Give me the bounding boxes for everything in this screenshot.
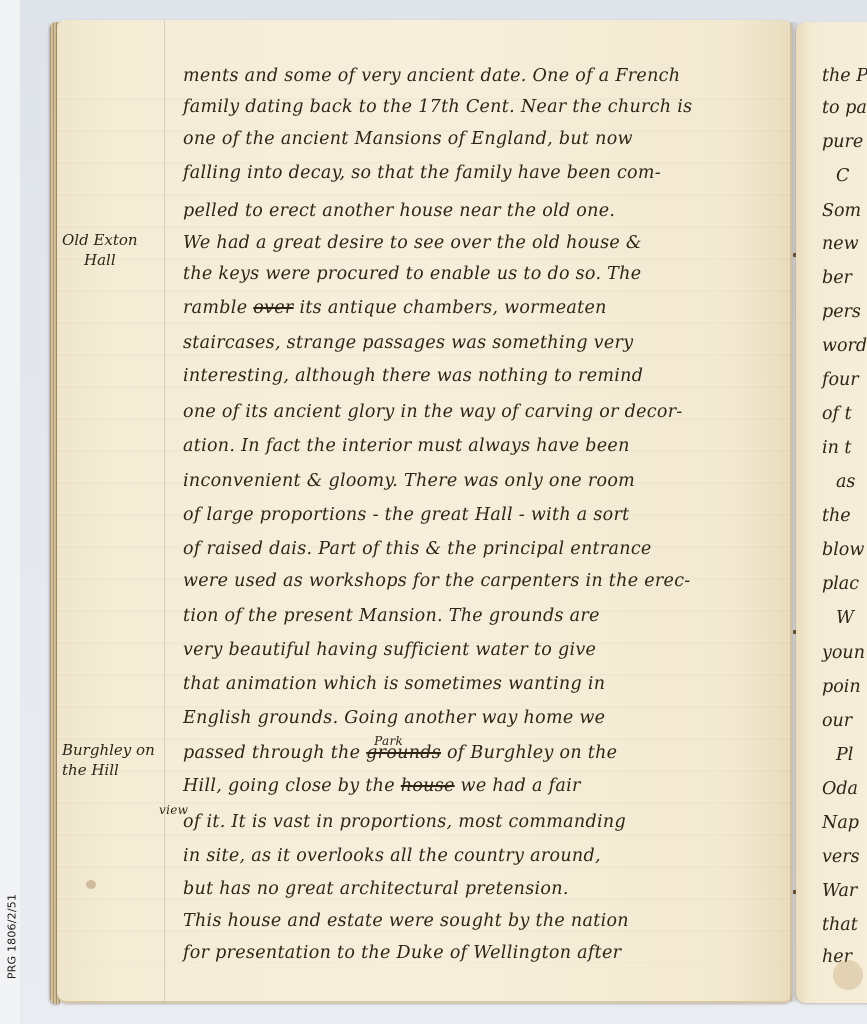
inserted-word: view [159, 798, 188, 822]
text-line: in site, as it overlooks all the country… [183, 844, 783, 868]
text-line: staircases, strange passages was somethi… [183, 331, 783, 355]
archive-reference: PRG 1806/2/51 [6, 887, 19, 987]
text-line: family dating back to the 17th Cent. Nea… [183, 95, 783, 119]
text-line: This house and estate were sought by the… [183, 909, 783, 933]
margin-note-line: the Hill [62, 760, 162, 780]
inserted-word: Park [374, 729, 403, 753]
text-line-fragment: plac [822, 572, 859, 596]
text-line: falling into decay, so that the family h… [183, 161, 783, 185]
text-line: that animation which is sometimes wantin… [183, 672, 783, 696]
margin-note-line: Old Exton [62, 230, 162, 250]
text-line: We had a great desire to see over the ol… [183, 231, 783, 255]
struck-word: over [253, 298, 293, 318]
text-line-fragment: word [822, 334, 867, 358]
text-line-fragment: new [822, 232, 859, 256]
text-line-fragment: Nap [822, 811, 859, 835]
text-line: inconvenient & gloomy. There was only on… [183, 469, 783, 493]
text-line-fragment: that [822, 913, 858, 937]
text-line-fragment: to pa [822, 96, 867, 120]
text-line-fragment: pure [822, 130, 863, 154]
text-line: of raised dais. Part of this & the princ… [183, 537, 783, 561]
text-line: were used as workshops for the carpenter… [183, 569, 783, 593]
text-line-fragment: War [822, 879, 857, 903]
text-line-fragment: Som [822, 199, 861, 223]
text-line-fragment: as [836, 470, 855, 494]
text-line-fragment: our [822, 709, 852, 733]
margin-note-line: Burghley on [62, 740, 162, 760]
text-line: one of the ancient Mansions of England, … [183, 127, 783, 151]
text-line: but has no great architectural pretensio… [183, 877, 783, 901]
margin-note: Old ExtonHall [62, 230, 162, 270]
text-line-fragment: the [822, 504, 851, 528]
text-line: interesting, although there was nothing … [183, 364, 783, 388]
text-line-fragment: pers [822, 300, 861, 324]
text-line: ation. In fact the interior must always … [183, 434, 783, 458]
text-line: the keys were procured to enable us to d… [183, 262, 783, 286]
text-line: pelled to erect another house near the o… [183, 199, 783, 223]
text-line: very beautiful having sufficient water t… [183, 638, 783, 662]
text-line: passed through the groundsPark of Burghl… [183, 741, 783, 765]
text-line-fragment: Oda [822, 777, 858, 801]
margin-note-line: Hall [62, 250, 162, 270]
struck-word: house [401, 776, 455, 796]
ink-stain [86, 880, 96, 889]
text-line: English grounds. Going another way home … [183, 706, 783, 730]
text-line: ramble over its antique chambers, wormea… [183, 296, 783, 320]
text-line-fragment: vers [822, 845, 860, 869]
text-line: Hill, going close by the house we had a … [183, 774, 783, 798]
text-line-fragment: C [836, 164, 849, 188]
text-line-fragment: of t [822, 402, 852, 426]
right-page: the Pto papureCSomnewberperswordfourof t… [796, 22, 867, 1003]
text-line: one of its ancient glory in the way of c… [183, 400, 783, 424]
text-line-fragment: W [836, 606, 854, 630]
text-line-fragment: in t [822, 436, 851, 460]
text-line-fragment: ber [822, 266, 852, 290]
text-line: of it. It is vast in proportions, most c… [183, 810, 783, 834]
text-line: for presentation to the Duke of Wellingt… [183, 941, 783, 965]
text-line: ments and some of very ancient date. One… [183, 64, 783, 88]
margin-rule [164, 20, 165, 1003]
margin-note: Burghley onthe Hill [62, 740, 162, 780]
foxing-stain [833, 960, 863, 990]
text-line: of large proportions - the great Hall - … [183, 503, 783, 527]
text-line-fragment: youn [822, 641, 865, 665]
struck-word: groundsPark [366, 743, 441, 763]
text-line-fragment: four [822, 368, 859, 392]
text-line-fragment: blow [822, 538, 864, 562]
text-line: tion of the present Mansion. The grounds… [183, 604, 783, 628]
text-line-fragment: poin [822, 675, 861, 699]
text-line-fragment: the P [822, 64, 867, 88]
text-line-fragment: Pl [836, 743, 853, 767]
